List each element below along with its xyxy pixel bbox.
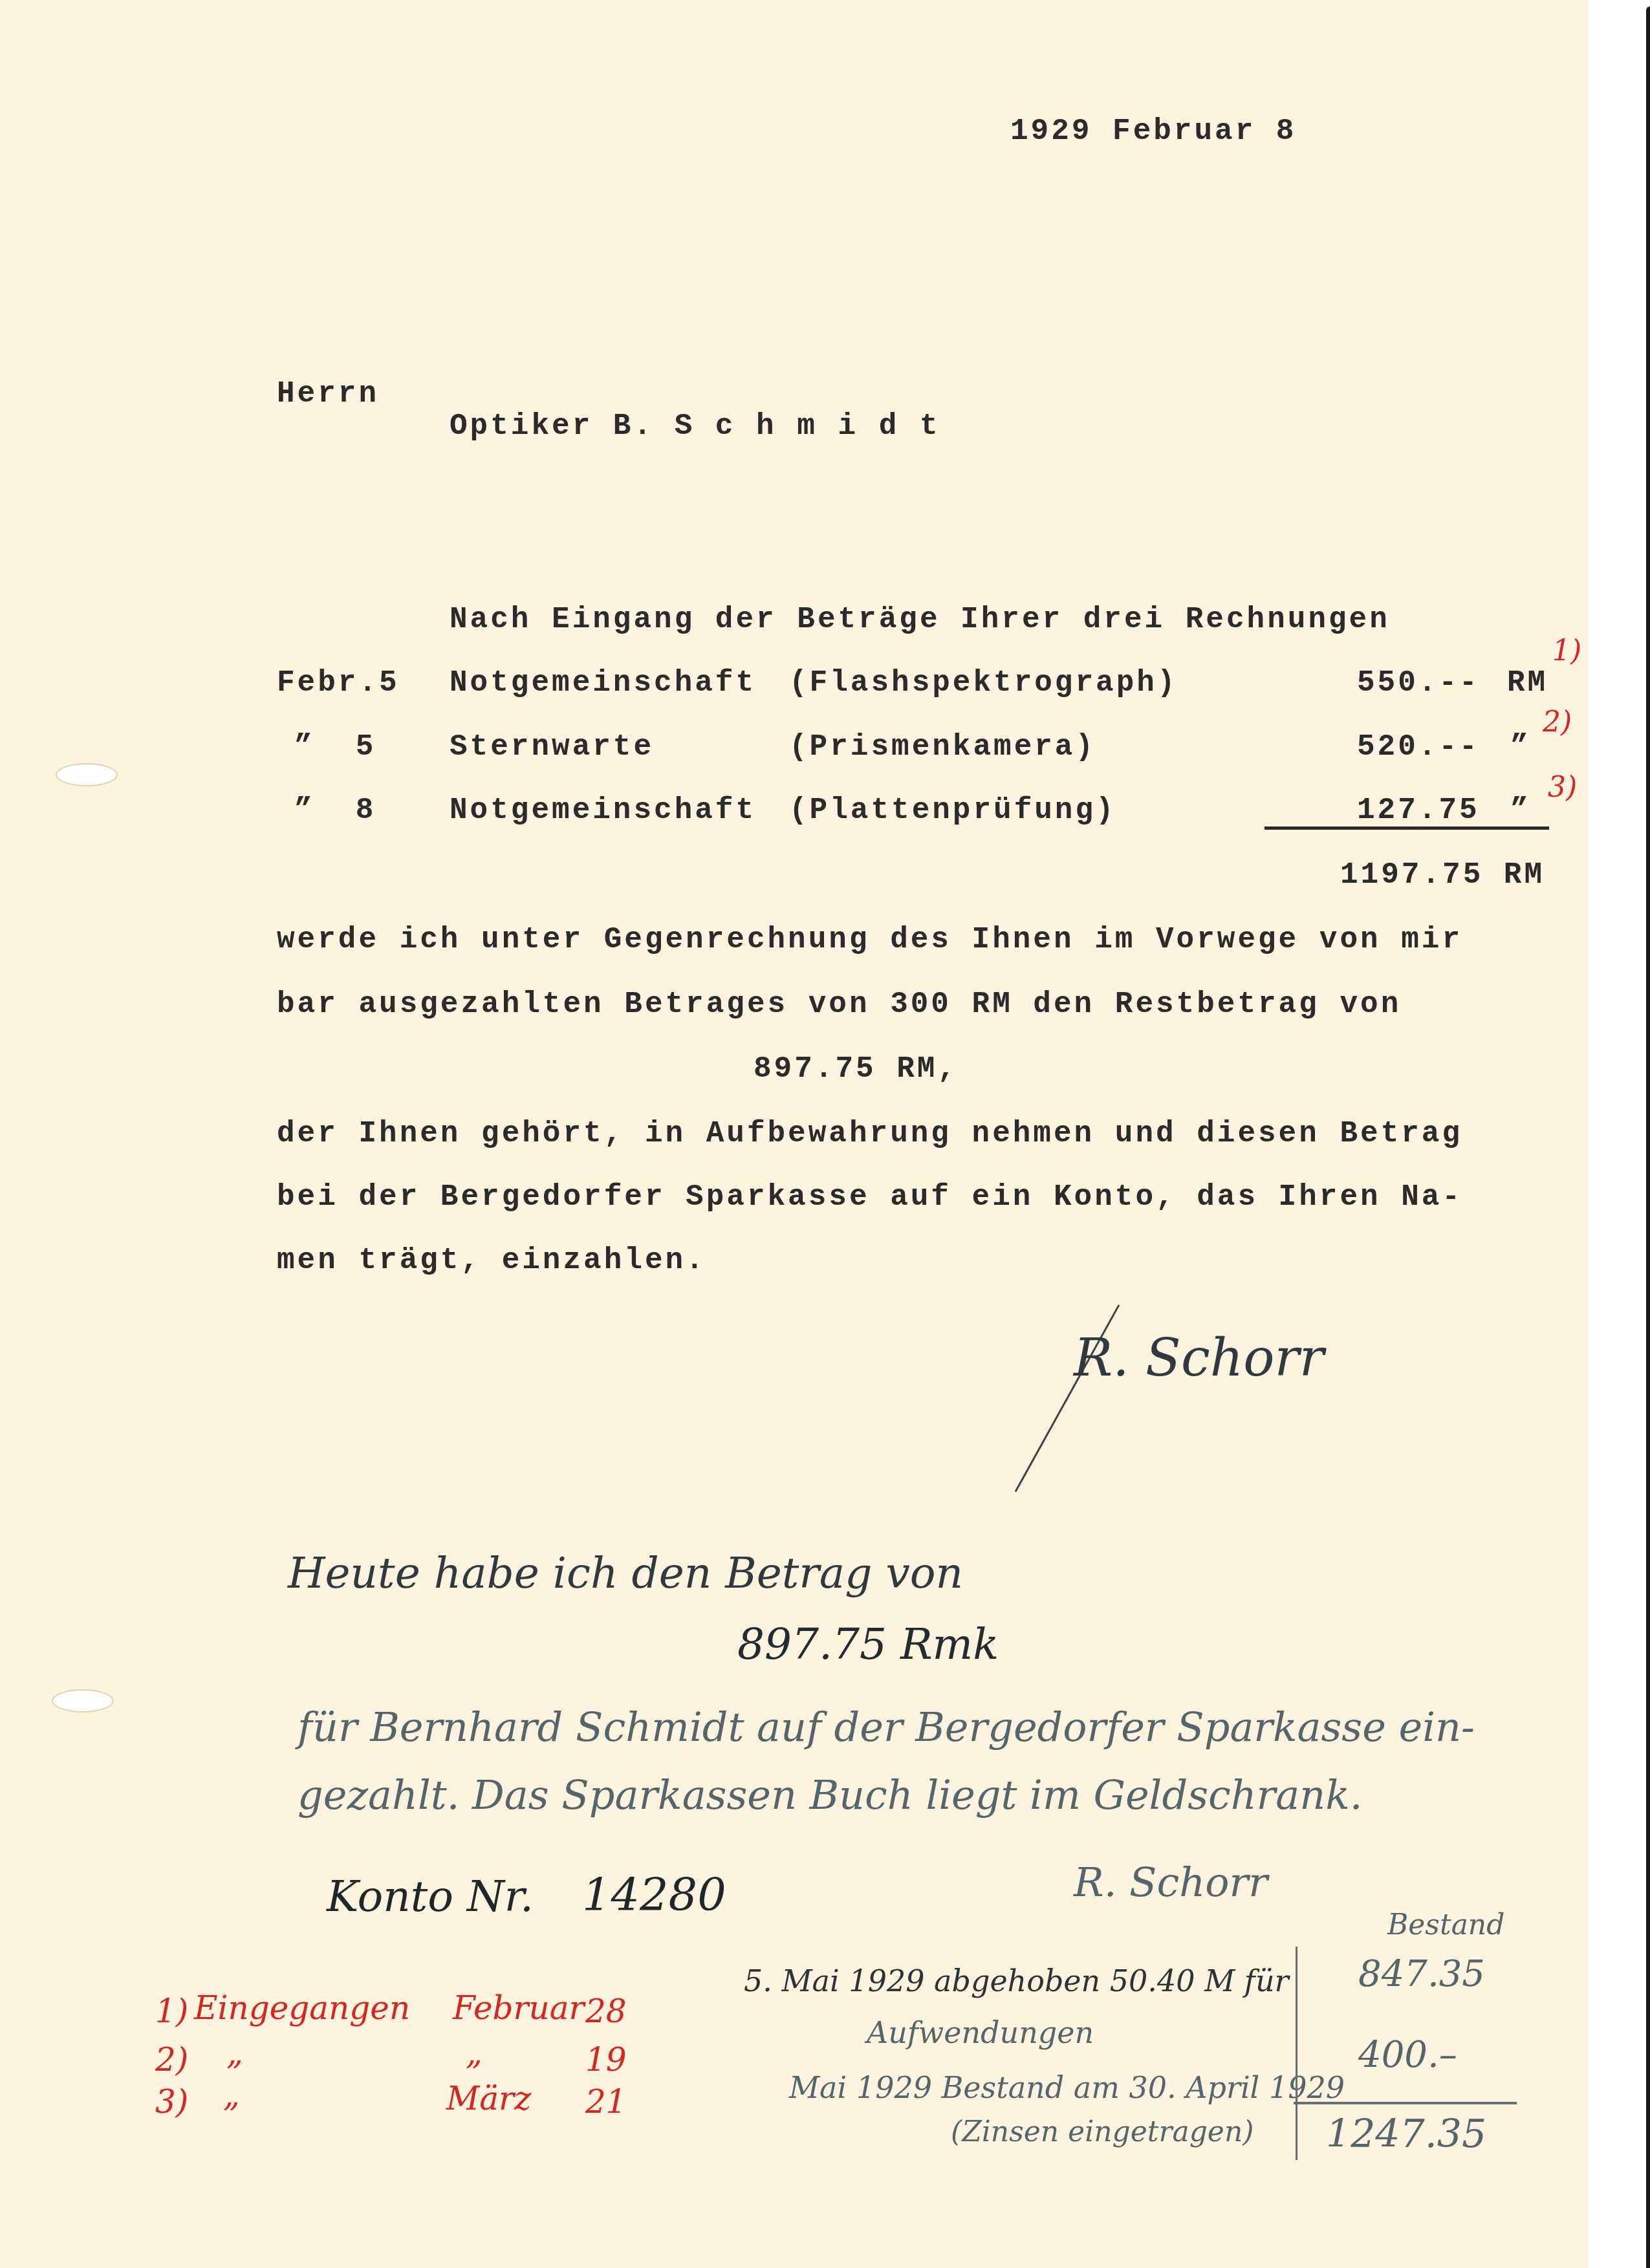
invoice-payer: Notgemeinschaft	[450, 668, 756, 698]
footnote-mark: 2)	[1543, 708, 1572, 737]
footnote-mark: 3)	[1548, 773, 1577, 802]
invoice-total: 1197.75 RM	[1340, 860, 1545, 890]
invoice-unit: RM	[1507, 668, 1548, 698]
annotation-mark: 3)	[155, 2086, 188, 2118]
closing-line-1: der Ihnen gehört, in Aufbewahrung nehmen…	[277, 1119, 1462, 1149]
invoice-item: (Flashspektrograph)	[789, 668, 1178, 698]
tally-sum: 1247.35	[1326, 2115, 1486, 2154]
invoice-item: (Plattenprüfung)	[789, 795, 1116, 825]
tally-value: 847.35	[1358, 1956, 1485, 1993]
annotation-day: 21	[585, 2086, 627, 2118]
annotation-month: „	[466, 2037, 483, 2069]
later-note-line-1: 5. Mai 1929 abgehoben 50.40 M für	[744, 1966, 1289, 1996]
invoice-date: ” 5	[294, 732, 376, 762]
annotation-mark: 2)	[155, 2044, 188, 2076]
annotation-text: „	[223, 2079, 240, 2111]
annotation-day: 19	[585, 2044, 627, 2076]
invoice-amount: 520.--	[1357, 732, 1480, 762]
later-note-line-2: Aufwendungen	[867, 2018, 1094, 2047]
annotation-month: Februar	[453, 1992, 584, 2024]
note-signature: R. Schorr	[1074, 1863, 1268, 1903]
footnote-mark: 1)	[1552, 637, 1581, 665]
later-note-line-3: Mai 1929 Bestand am 30. April 1929	[789, 2073, 1345, 2102]
annotation-day: 28	[585, 1995, 627, 2027]
annotation-text: „	[226, 2037, 243, 2069]
punch-hole-top	[57, 764, 116, 785]
body-line-2: bar ausgezahlten Betrages von 300 RM den…	[277, 989, 1401, 1019]
invoice-amount: 127.75	[1357, 795, 1480, 825]
invoice-unit: ”	[1510, 795, 1531, 825]
tally-value: 400.–	[1358, 2037, 1457, 2073]
later-note-line-4: (Zinsen eingetragen)	[951, 2118, 1254, 2146]
annotation-mark: 1)	[155, 1995, 188, 2027]
body-line-1: werde ich unter Gegenrechnung des Ihnen …	[277, 925, 1462, 955]
scan-edge	[1646, 6, 1650, 2268]
invoice-payer: Notgemeinschaft	[450, 795, 756, 825]
note-amount: 897.75 Rmk	[737, 1623, 999, 1666]
account-label: Konto Nr.	[327, 1875, 534, 1918]
account-number: 14280	[582, 1872, 726, 1917]
invoice-amount: 550.--	[1357, 668, 1480, 698]
closing-line-3: men trägt, einzahlen.	[277, 1246, 706, 1275]
tally-label: Bestand	[1387, 1911, 1504, 1939]
salutation: Herrn	[277, 379, 379, 409]
invoice-payer: Sternwarte	[450, 732, 654, 762]
invoice-unit: ”	[1510, 732, 1531, 762]
intro-line: Nach Eingang der Beträge Ihrer drei Rech…	[450, 605, 1390, 634]
note-line-3: für Bernhard Schmidt auf der Bergedorfer…	[298, 1707, 1475, 1747]
punch-hole-bottom	[53, 1690, 113, 1711]
invoice-date: Febr.5	[277, 668, 400, 698]
invoice-item: (Prismenkamera)	[789, 732, 1096, 762]
tally-vertical-rule	[1296, 1947, 1297, 2160]
letter-date: 1929 Februar 8	[1010, 116, 1296, 146]
recipient-name: Optiker B. S c h m i d t	[450, 411, 940, 441]
annotation-text: Eingegangen	[194, 1992, 410, 2024]
annotation-month: März	[446, 2082, 531, 2115]
note-line-4: gezahlt. Das Sparkassen Buch liegt im Ge…	[298, 1775, 1362, 1815]
tally-sum-rule	[1294, 2102, 1517, 2104]
note-line-1: Heute habe ich den Betrag von	[288, 1552, 963, 1595]
remainder-amount: 897.75 RM,	[754, 1054, 958, 1084]
invoice-date: ” 8	[294, 795, 376, 825]
signature-text: R. Schorr	[1074, 1332, 1324, 1384]
sum-rule	[1265, 826, 1549, 830]
closing-line-2: bei der Bergedorfer Sparkasse auf ein Ko…	[277, 1182, 1462, 1212]
